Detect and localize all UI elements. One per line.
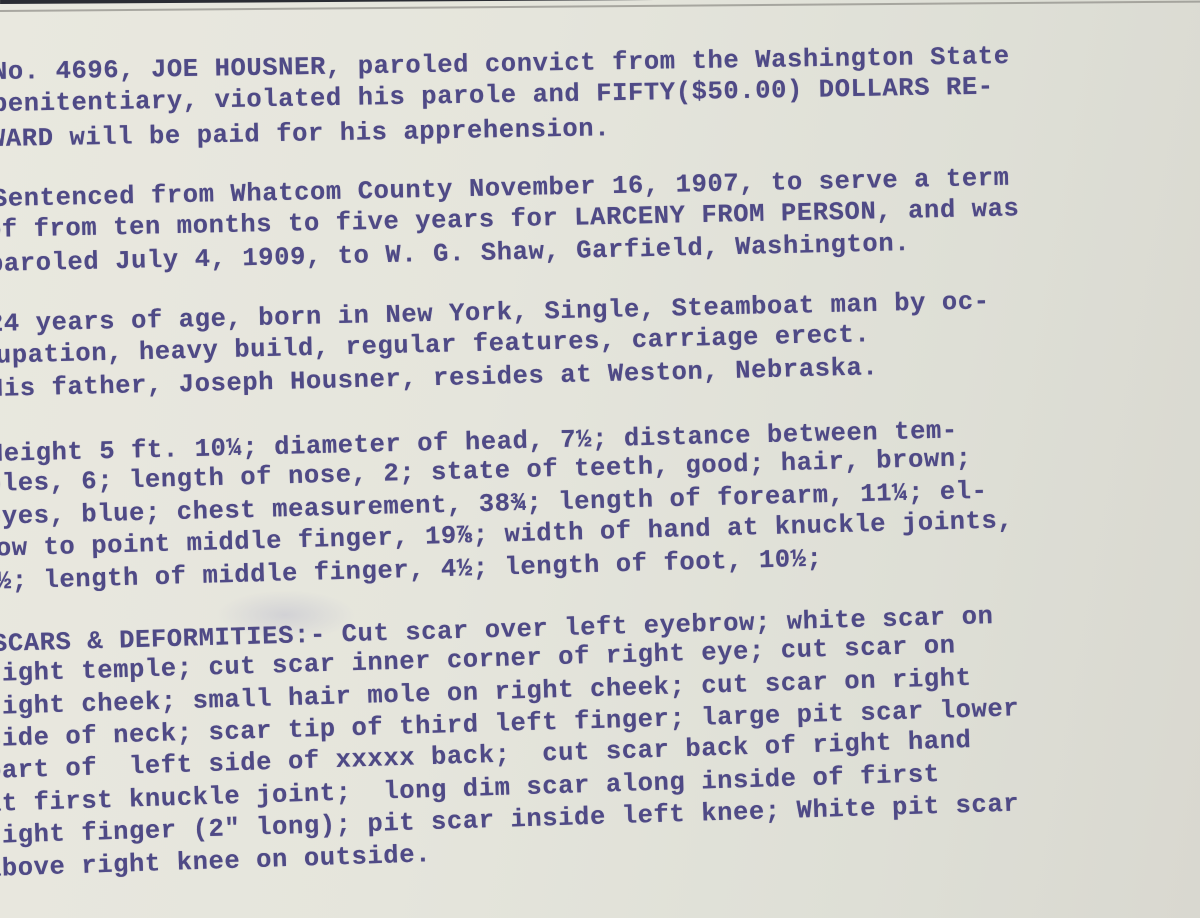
doc-line: WARD will be paid for his apprehension. <box>0 114 610 154</box>
typewritten-document: No. 4696, JOE HOUSNER, paroled convict f… <box>0 0 1200 918</box>
